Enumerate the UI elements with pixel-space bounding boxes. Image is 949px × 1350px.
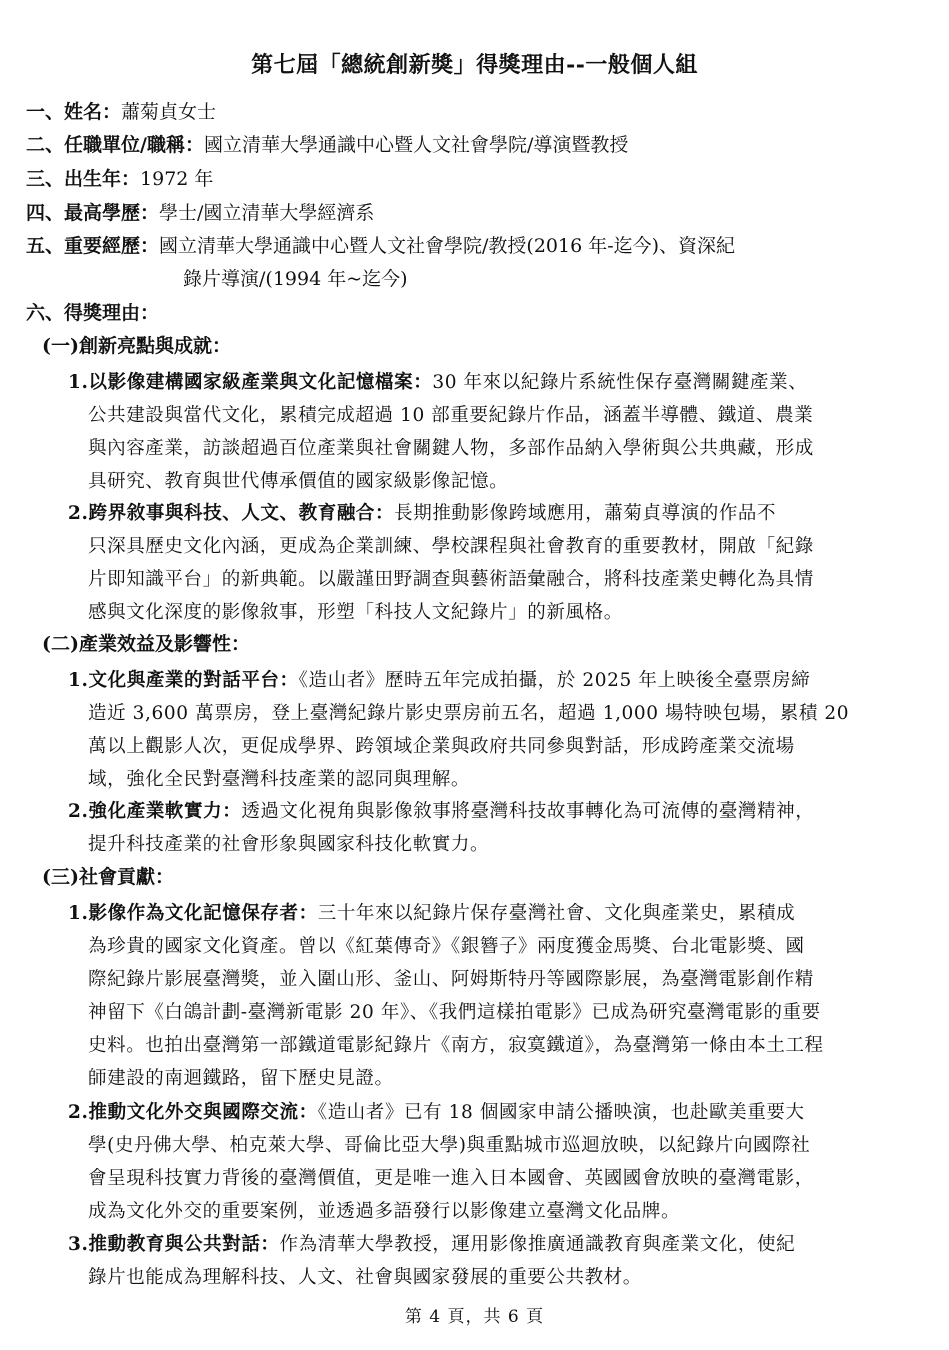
reason-item-label: 3.推動教育與公共對話： (68, 1234, 280, 1255)
reason-item: 1.以影像建構國家級產業與文化記憶檔案：30 年來以紀錄片系統性保存臺灣關鍵產業… (88, 366, 814, 498)
reason-item: 2.強化產業軟實力：透過文化視角與影像敘事將臺灣科技故事轉化為可流傳的臺灣精神，… (88, 795, 814, 861)
field-name: 一、姓名：蕭菊貞女士 (26, 96, 216, 129)
reason-item-label: 1.以影像建構國家級產業與文化記憶檔案： (68, 372, 432, 393)
field-label: 一、姓名： (26, 101, 121, 123)
field-value: 國立清華大學通識中心暨人文社會學院/導演暨教授 (204, 134, 628, 156)
field-label: 五、重要經歷： (26, 235, 159, 257)
section-heading-innovation: (一)創新亮點與成就： (42, 330, 231, 363)
document-title: 第七屆「總統創新獎」得獎理由--一般個人組 (0, 48, 949, 79)
section-heading-industry-impact: (二)產業效益及影響性： (42, 628, 250, 661)
field-value: 蕭菊貞女士 (121, 101, 216, 123)
reason-item-label: 1.影像作為文化記憶保存者： (68, 903, 318, 924)
field-value: 學士/國立清華大學經濟系 (159, 202, 374, 224)
reason-item: 1.影像作為文化記憶保存者：三十年來以紀錄片保存臺灣社會、文化與產業史，累積成 … (88, 897, 824, 1095)
reason-item: 1.文化與產業的對話平台：《造山者》歷時五年完成拍攝，於 2025 年上映後全臺… (88, 664, 849, 796)
field-value: 國立清華大學通識中心暨人文社會學院/教授(2016 年-迄今)、資深紀 (159, 235, 735, 257)
reason-item: 3.推動教育與公共對話：作為清華大學教授，運用影像推廣通識教育與產業文化，使紀 … (88, 1228, 795, 1294)
field-birth-year: 三、出生年：1972 年 (26, 163, 213, 196)
field-experience: 五、重要經歷：國立清華大學通識中心暨人文社會學院/教授(2016 年-迄今)、資… (26, 230, 735, 263)
field-education: 四、最高學歷：學士/國立清華大學經濟系 (26, 197, 374, 230)
page-number: 第 4 頁，共 6 頁 (0, 1302, 949, 1327)
reason-item: 2.推動文化外交與國際交流：《造山者》已有 18 個國家申請公播映演，也赴歐美重… (88, 1096, 814, 1228)
field-value: 1972 年 (140, 168, 213, 190)
reason-item: 2.跨界敘事與科技、人文、教育融合：長期推動影像跨域應用，蕭菊貞導演的作品不 只… (88, 497, 814, 629)
field-label: 四、最高學歷： (26, 202, 159, 224)
reason-item-label: 1.文化與產業的對話平台： (68, 670, 299, 691)
reason-item-label: 2.推動文化外交與國際交流： (68, 1102, 318, 1123)
section-heading-social-contribution: (三)社會貢獻： (42, 861, 174, 894)
field-affiliation: 二、任職單位/職稱：國立清華大學通識中心暨人文社會學院/導演暨教授 (26, 129, 628, 162)
reasons-heading: 六、得獎理由： (26, 297, 159, 330)
reason-item-label: 2.跨界敘事與科技、人文、教育融合： (68, 503, 394, 524)
reason-item-label: 2.強化產業軟實力： (68, 801, 241, 822)
field-experience-continued: 錄片導演/(1994 年~迄今) (183, 263, 408, 296)
field-label: 三、出生年： (26, 168, 140, 190)
document-page: 第七屆「總統創新獎」得獎理由--一般個人組 一、姓名：蕭菊貞女士 二、任職單位/… (0, 0, 949, 1350)
field-label: 二、任職單位/職稱： (26, 134, 204, 156)
